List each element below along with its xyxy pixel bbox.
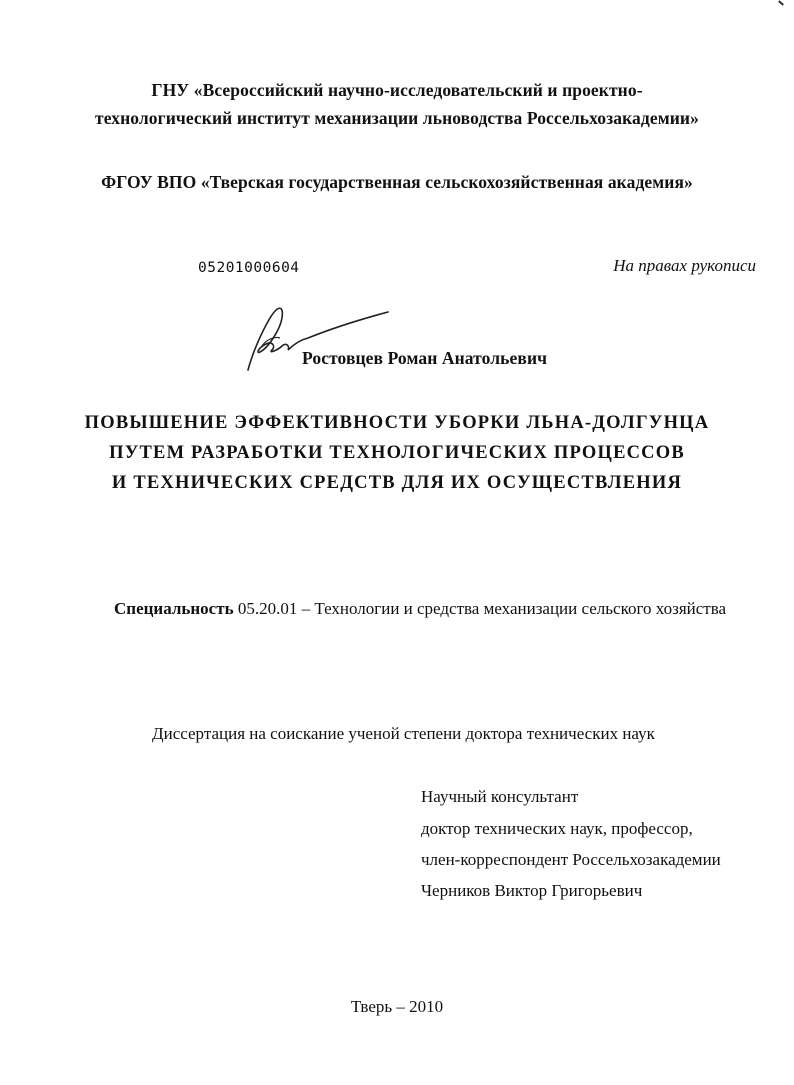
scan-artifact xyxy=(778,0,784,5)
org2: ФГОУ ВПО «Тверская государственная сельс… xyxy=(0,172,794,193)
specialty: Специальность 05.20.01 – Технологии и ср… xyxy=(114,599,726,619)
org1-line2: технологический институт механизации льн… xyxy=(0,108,794,129)
manuscript-note: На правах рукописи xyxy=(613,256,756,276)
degree-statement: Диссертация на соискание ученой степени … xyxy=(152,724,655,744)
consultant-name: Черников Виктор Григорьевич xyxy=(421,881,642,901)
title-line1: ПОВЫШЕНИЕ ЭФФЕКТИВНОСТИ УБОРКИ ЛЬНА-ДОЛГ… xyxy=(0,413,794,434)
consultant-degree: доктор технических наук, профессор, xyxy=(421,819,693,839)
specialty-label: Специальность xyxy=(114,599,234,618)
org1-line1: ГНУ «Всероссийский научно-исследовательс… xyxy=(0,80,794,101)
title-line3: И ТЕХНИЧЕСКИХ СРЕДСТВ ДЛЯ ИХ ОСУЩЕСТВЛЕН… xyxy=(0,473,794,494)
consultant-label: Научный консультант xyxy=(421,787,578,807)
specialty-value: 05.20.01 – Технологии и средства механиз… xyxy=(234,599,727,618)
registry-number: 05201000604 xyxy=(198,260,300,276)
author-name: Ростовцев Роман Анатольевич xyxy=(302,348,547,369)
city-year: Тверь – 2010 xyxy=(0,997,794,1017)
title-line2: ПУТЕМ РАЗРАБОТКИ ТЕХНОЛОГИЧЕСКИХ ПРОЦЕСС… xyxy=(0,443,794,464)
consultant-title: член-корреспондент Россельхозакадемии xyxy=(421,850,721,870)
